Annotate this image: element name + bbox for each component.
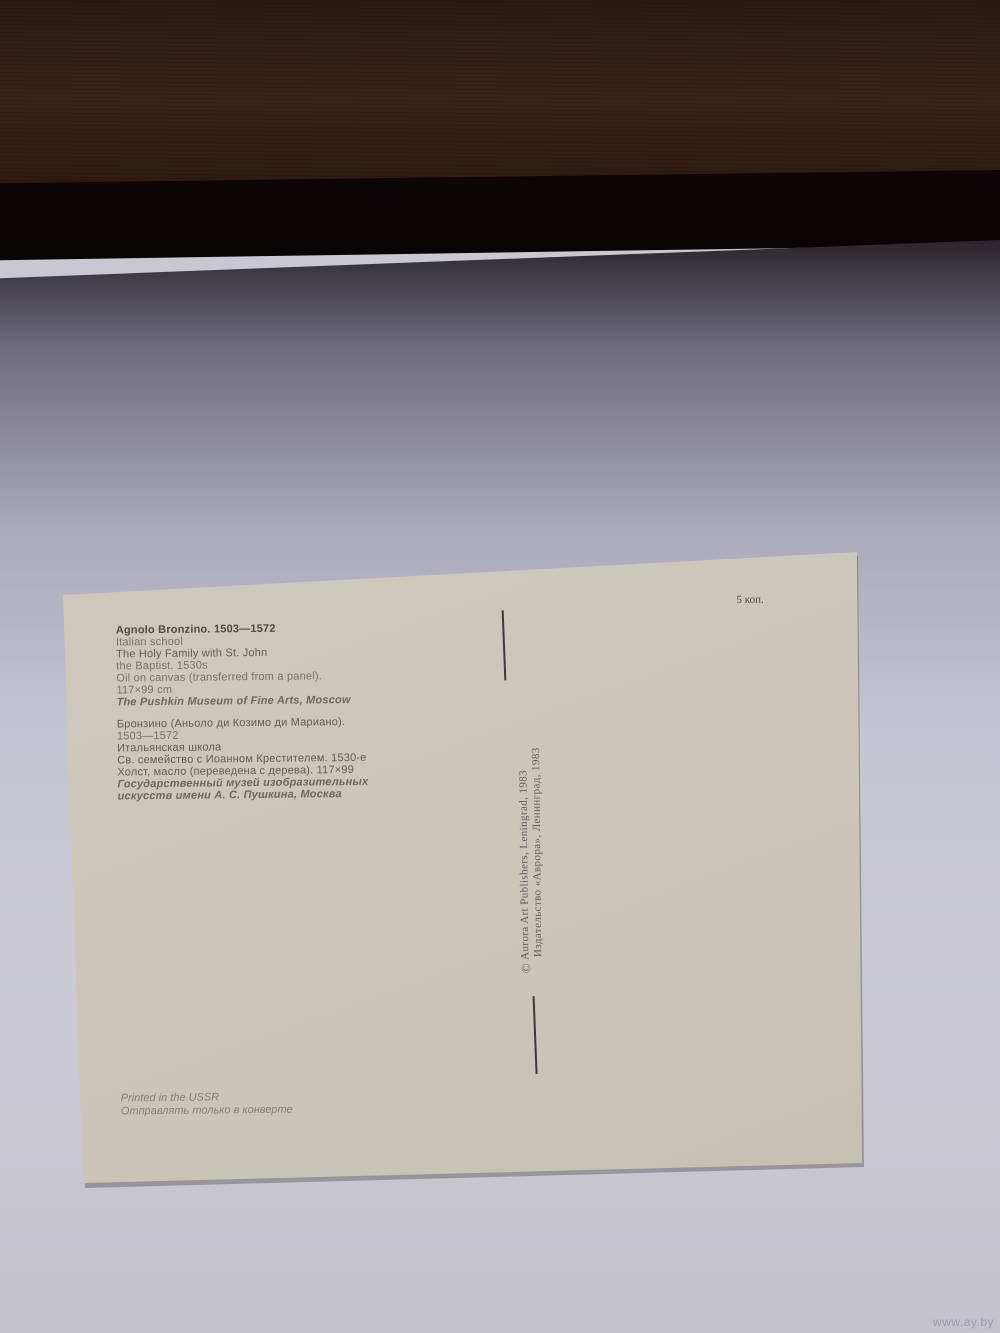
photo-scene: 5 коп. Agnolo Bronzino. 1503—1572 Italia… <box>0 0 1000 1333</box>
copyright-icon: © <box>519 963 532 973</box>
divider-line-bottom <box>533 996 537 1074</box>
postcard-footer: Printed in the USSR Отправлять только в … <box>121 1091 293 1119</box>
watermark: www.ay.by <box>933 1315 994 1329</box>
publisher-line-ru: Издательство «Аврора», Ленинград, 1983 <box>530 747 545 973</box>
museum-ru-line2: искусств имени А. С. Пушкина, Москва <box>117 788 368 803</box>
wooden-surface <box>0 0 1000 185</box>
price-label: 5 коп. <box>736 594 763 606</box>
artwork-info: Agnolo Bronzino. 1503—1572 Italian schoo… <box>116 622 369 803</box>
publisher-credit: ©Aurora Art Publishers, Leningrad, 1983 … <box>517 747 545 973</box>
divider-line-top <box>502 610 506 680</box>
postcard-content: 5 коп. Agnolo Bronzino. 1503—1572 Italia… <box>63 545 870 1183</box>
envelope-note: Отправлять только в конверте <box>121 1104 293 1119</box>
